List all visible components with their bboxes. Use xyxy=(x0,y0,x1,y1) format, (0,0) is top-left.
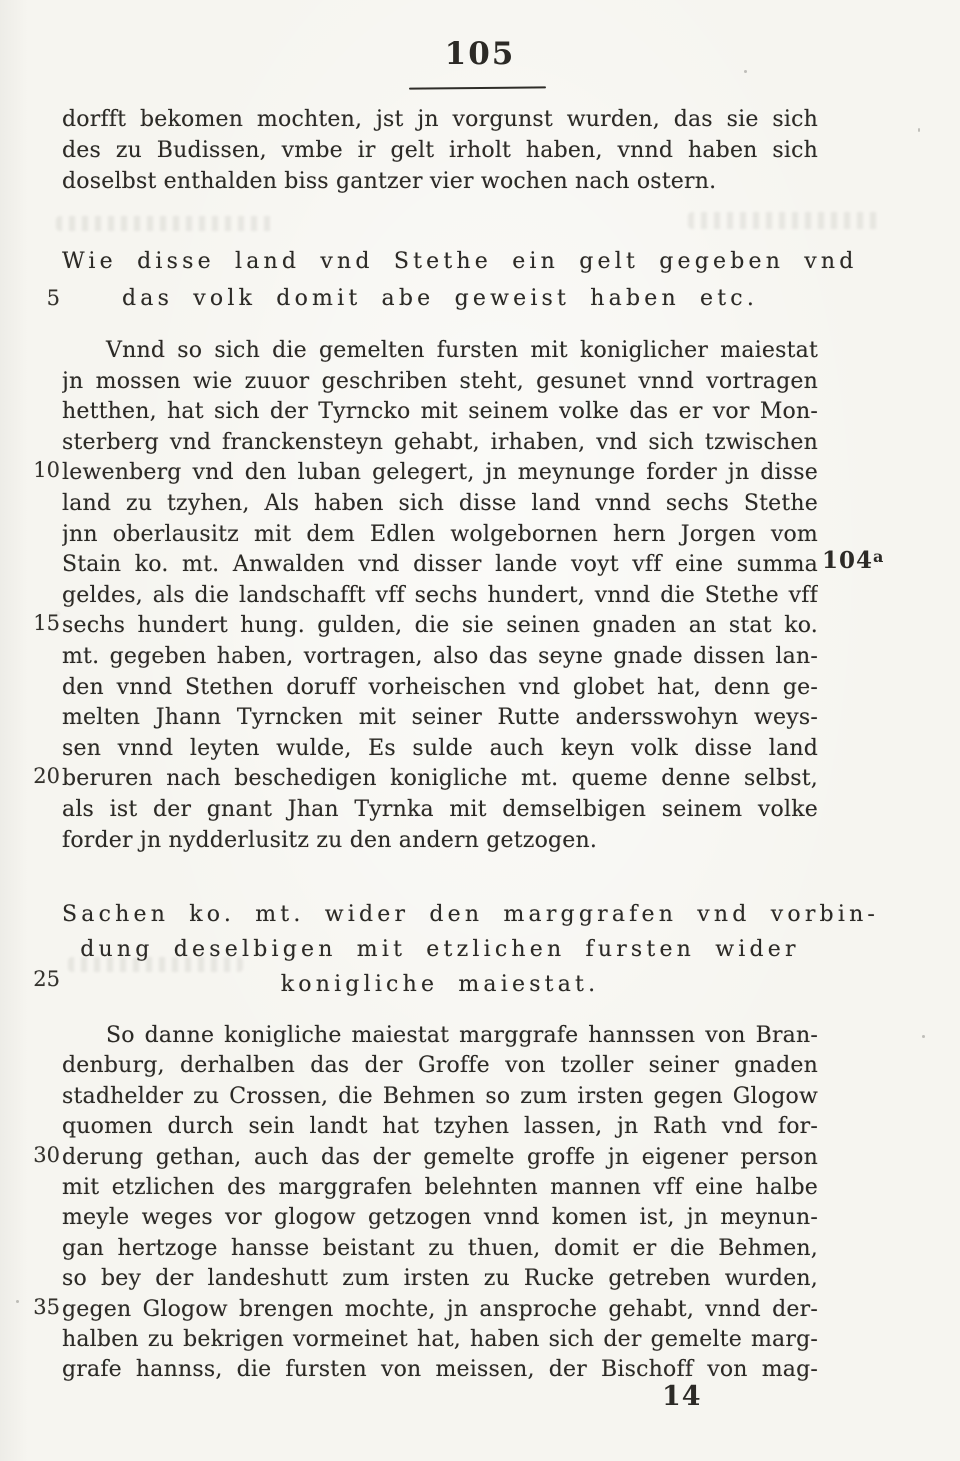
text-line: so bey der landeshutt zum irsten zu Ruck… xyxy=(62,1264,818,1294)
text-line: des zu Budissen, vmbe ir gelt irholt hab… xyxy=(62,135,818,166)
text-line: jn mossen wie zuuor geschriben steht, ge… xyxy=(62,367,818,398)
text-line: jnn oberlausitz mit dem Edlen wolgeborne… xyxy=(62,520,818,551)
text-line: mt. gegeben haben, vortragen, also das s… xyxy=(62,642,818,673)
heading-line: Sachen ko. mt. wider den marggrafen vnd … xyxy=(62,897,818,932)
text-line: mit etzlichen des marggrafen belehnten m… xyxy=(62,1173,818,1203)
margin-line-number: 5 xyxy=(24,286,60,310)
folio-number: 104 xyxy=(822,547,873,574)
text-line: meyle weges vor glogow getzogen vnnd kom… xyxy=(62,1203,818,1233)
paper-speck xyxy=(922,1035,925,1038)
margin-line-number: 10 xyxy=(24,458,60,482)
margin-line-number: 30 xyxy=(24,1143,60,1167)
heading-line: konigliche maiestat. xyxy=(62,967,818,1002)
page-number: 105 xyxy=(0,36,960,72)
text-line: stadhelder zu Crossen, die Behmen so zum… xyxy=(62,1082,818,1112)
text-line: den vnnd Stethen doruff vorheischen vnd … xyxy=(62,673,818,704)
section-heading-gelt: Wie disse land vnd Stethe ein gelt gegeb… xyxy=(62,243,818,317)
text-line: So danne konigliche maiestat marggrafe h… xyxy=(62,1021,818,1051)
bleed-through-mark xyxy=(56,216,276,231)
text-line: land zu tzyhen, Als haben sich disse lan… xyxy=(62,489,818,520)
page-number-rule xyxy=(409,86,546,89)
text-line: doselbst enthalden biss gantzer vier woc… xyxy=(62,166,818,197)
sheet-signature: 14 xyxy=(662,1381,702,1412)
text-line: sechs hundert hung. gulden, die sie sein… xyxy=(62,611,818,642)
heading-line: dung deselbigen mit etzlichen fursten wi… xyxy=(62,932,818,967)
paragraph-tyrncko: Vnnd so sich die gemelten fursten mit ko… xyxy=(62,336,818,856)
margin-line-number: 35 xyxy=(24,1295,60,1319)
text-line: lewenberg vnd den luban gelegert, jn mey… xyxy=(62,458,818,489)
paragraph-continuation: dorfft bekomen mochten, jst jn vorgunst … xyxy=(62,104,818,197)
section-heading-sachen: Sachen ko. mt. wider den marggrafen vnd … xyxy=(62,897,818,1002)
text-line: grafe hannss, die fursten von meissen, d… xyxy=(62,1355,818,1385)
text-line: melten Jhann Tyrncken mit seiner Rutte a… xyxy=(62,703,818,734)
paragraph-marggrafe: So danne konigliche maiestat marggrafe h… xyxy=(62,1021,818,1386)
text-line: halben zu bekrigen vormeinet hat, haben … xyxy=(62,1325,818,1355)
bleed-through-mark xyxy=(688,212,883,229)
folio-suffix: a xyxy=(873,547,883,566)
text-line: dorfft bekomen mochten, jst jn vorgunst … xyxy=(62,104,818,135)
heading-line: das volk domit abe geweist haben etc. xyxy=(62,280,818,317)
margin-line-number: 25 xyxy=(24,967,60,991)
text-line: forder jn nydderlusitz zu den andern get… xyxy=(62,826,818,857)
scanned-book-page: 105 dorfft bekomen mochten, jst jn vorgu… xyxy=(0,0,960,1461)
text-line: als ist der gnant Jhan Tyrnka mit demsel… xyxy=(62,795,818,826)
paper-speck xyxy=(744,70,747,73)
heading-line: Wie disse land vnd Stethe ein gelt gegeb… xyxy=(62,243,818,280)
text-line: sen vnnd leyten wulde, Es sulde auch key… xyxy=(62,734,818,765)
folio-margin-note: 104a xyxy=(822,547,883,574)
paper-speck xyxy=(16,1300,19,1303)
text-line: derung gethan, auch das der gemelte grof… xyxy=(62,1143,818,1173)
paper-speck xyxy=(918,128,920,132)
text-line: gegen Glogow brengen mochte, jn ansproch… xyxy=(62,1295,818,1325)
margin-line-number: 20 xyxy=(24,764,60,788)
text-line: gan hertzoge hansse beistant zu thuen, d… xyxy=(62,1234,818,1264)
text-line: hetthen, hat sich der Tyrncko mit seinem… xyxy=(62,397,818,428)
text-line: Stain ko. mt. Anwalden vnd disser lande … xyxy=(62,550,818,581)
text-line: quomen durch sein landt hat tzyhen lasse… xyxy=(62,1112,818,1142)
text-line: beruren nach beschedigen konigliche mt. … xyxy=(62,764,818,795)
text-line: geldes, als die landschafft vff sechs hu… xyxy=(62,581,818,612)
text-line: sterberg vnd franckensteyn gehabt, irhab… xyxy=(62,428,818,459)
margin-line-number: 15 xyxy=(24,611,60,635)
text-line: Vnnd so sich die gemelten fursten mit ko… xyxy=(62,336,818,367)
text-line: denburg, derhalben das der Groffe von tz… xyxy=(62,1051,818,1081)
